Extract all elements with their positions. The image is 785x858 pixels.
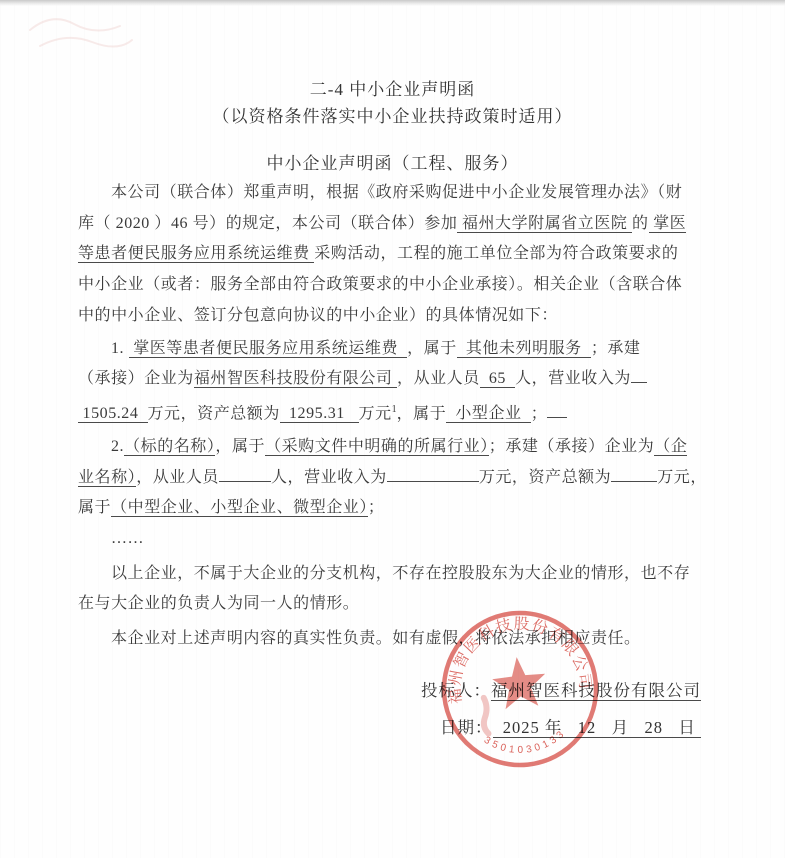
filled-in-value [219, 465, 271, 482]
title-line-2: （以资格条件落实中小企业扶持政策时适用） [0, 103, 785, 130]
document-line: （承接）企业为福州智医科技股份有限公司 ，从业人员 65 人，营业收入为 [78, 364, 718, 395]
body-text: 的 [632, 215, 649, 232]
filled-in-value [547, 401, 567, 418]
body-text: 2. [111, 438, 124, 455]
body-text: ，从业人员 [136, 469, 219, 486]
filled-in-value: （采购文件中明确的所属行业） [265, 438, 489, 456]
filled-in-value: 掌医等患者便民服务应用系统运维费 [129, 340, 407, 358]
body-text: 人，营业收入为 [271, 469, 387, 486]
body-text: ，属于 [407, 340, 457, 357]
filled-in-value: 1505.24 [78, 405, 148, 423]
document-line: 1505.24 万元，资产总额为 1295.31 万元1，属于 小型企业 ； [78, 395, 718, 430]
filled-in-value: 其他未列明服务 [457, 340, 591, 358]
body-text: ；承建（承接）企业为 [489, 438, 655, 455]
filled-in-value: 1295.31 [280, 405, 359, 423]
body-text: 1. [111, 340, 129, 357]
body-text: ； [368, 499, 385, 516]
document-subtitle: 中小企业声明函（工程、服务） [0, 149, 785, 174]
filled-in-value: 等患者便民服务应用系统运维费 [78, 245, 314, 263]
body-text: ，属于 [215, 438, 265, 455]
document-line: 中的中小企业、签订分包意向协议的中小企业）的具体情况如下： [78, 301, 718, 332]
body-text: ；承建 [591, 340, 641, 357]
filled-in-value [631, 366, 647, 383]
body-text: 本公司（联合体）郑重声明，根据《政府采购促进中小企业发展管理办法》（财 [111, 184, 682, 201]
document-line: 等患者便民服务应用系统运维费 采购活动，工程的施工单位全部为符合政策要求的 [78, 239, 718, 270]
filled-in-value: 65 [480, 370, 515, 388]
title-line-1: 二-4 中小企业声明函 [0, 76, 785, 103]
body-text: ，属于 [397, 405, 447, 422]
document-line: 以上企业，不属于大企业的分支机构，不存在控股股东为大企业的情形，也不存 [78, 559, 718, 590]
body-text: 属于 [78, 499, 111, 516]
body-text: 采购活动，工程的施工单位全部为符合政策要求的 [314, 245, 678, 262]
body-text: …… [111, 530, 144, 547]
document-line: 业名称），从业人员人，营业收入为万元，资产总额为万元， [78, 463, 718, 494]
filled-in-value: （企 [654, 438, 687, 456]
document-line: 中小企业（或者：服务全部由符合政策要求的中小企业承接）。相关企业（含联合体 [78, 270, 718, 301]
body-text: 万元， [657, 469, 707, 486]
body-text: 在与大企业的负责人为同一人的情形。 [78, 595, 359, 612]
filled-in-value [611, 465, 657, 482]
filled-in-value: 福州大学附属省立医院 [457, 215, 632, 233]
document-line: 本公司（联合体）郑重声明，根据《政府采购促进中小企业发展管理办法》（财 [78, 178, 718, 209]
body-text: ，从业人员 [397, 370, 480, 387]
body-text: 万元 [359, 405, 392, 422]
body-text: 库（ 2020 ）46 号）的规定，本公司（联合体）参加 [78, 215, 457, 232]
filled-in-value: （中型企业、小型企业、微型企业） [111, 499, 368, 517]
company-seal: 福州智医科技股份有限公司 3501030133 [432, 602, 608, 778]
filled-in-value [387, 465, 479, 482]
filled-in-value: 福州智医科技股份有限公司 [194, 370, 397, 388]
document-line: 库（ 2020 ）46 号）的规定，本公司（联合体）参加 福州大学附属省立医院 … [78, 209, 718, 240]
document-body: 本公司（联合体）郑重声明，根据《政府采购促进中小企业发展管理办法》（财库（ 20… [78, 178, 718, 655]
document-line: 属于（中型企业、小型企业、微型企业）； [78, 493, 718, 524]
filled-in-value: （标的名称） [124, 438, 215, 456]
filled-in-value: 小型企业 [446, 405, 530, 423]
body-text: （承接）企业为 [78, 370, 194, 387]
document-line: 本企业对上述声明内容的真实性负责。如有虚假，将依法承担相应责任。 [78, 624, 718, 655]
body-text: ； [531, 405, 548, 422]
document-line: 1. 掌医等患者便民服务应用系统运维费 ，属于 其他未列明服务 ；承建 [78, 334, 718, 365]
filled-in-value: 掌医 [649, 215, 687, 233]
document-line: 2.（标的名称），属于（采购文件中明确的所属行业）；承建（承接）企业为（企 [78, 432, 718, 463]
filled-in-value: 业名称） [78, 469, 136, 487]
faint-scribble-mark [18, 2, 148, 72]
document-line: …… [78, 524, 718, 555]
body-text: 中的中小企业、签订分包意向协议的中小企业）的具体情况如下： [78, 307, 558, 324]
body-text: 中小企业（或者：服务全部由符合政策要求的中小企业承接）。相关企业（含联合体 [78, 276, 682, 293]
body-text: 人，营业收入为 [515, 370, 631, 387]
seal-star-icon [490, 654, 548, 710]
document-line: 在与大企业的负责人为同一人的情形。 [78, 589, 718, 620]
document-page: 二-4 中小企业声明函 （以资格条件落实中小企业扶持政策时适用） 中小企业声明函… [0, 0, 785, 858]
body-text: 万元，资产总额为 [479, 469, 611, 486]
document-title: 二-4 中小企业声明函 （以资格条件落实中小企业扶持政策时适用） [0, 76, 785, 130]
body-text: 万元，资产总额为 [148, 405, 280, 422]
body-text: 以上企业，不属于大企业的分支机构，不存在控股股东为大企业的情形，也不存 [111, 565, 690, 582]
